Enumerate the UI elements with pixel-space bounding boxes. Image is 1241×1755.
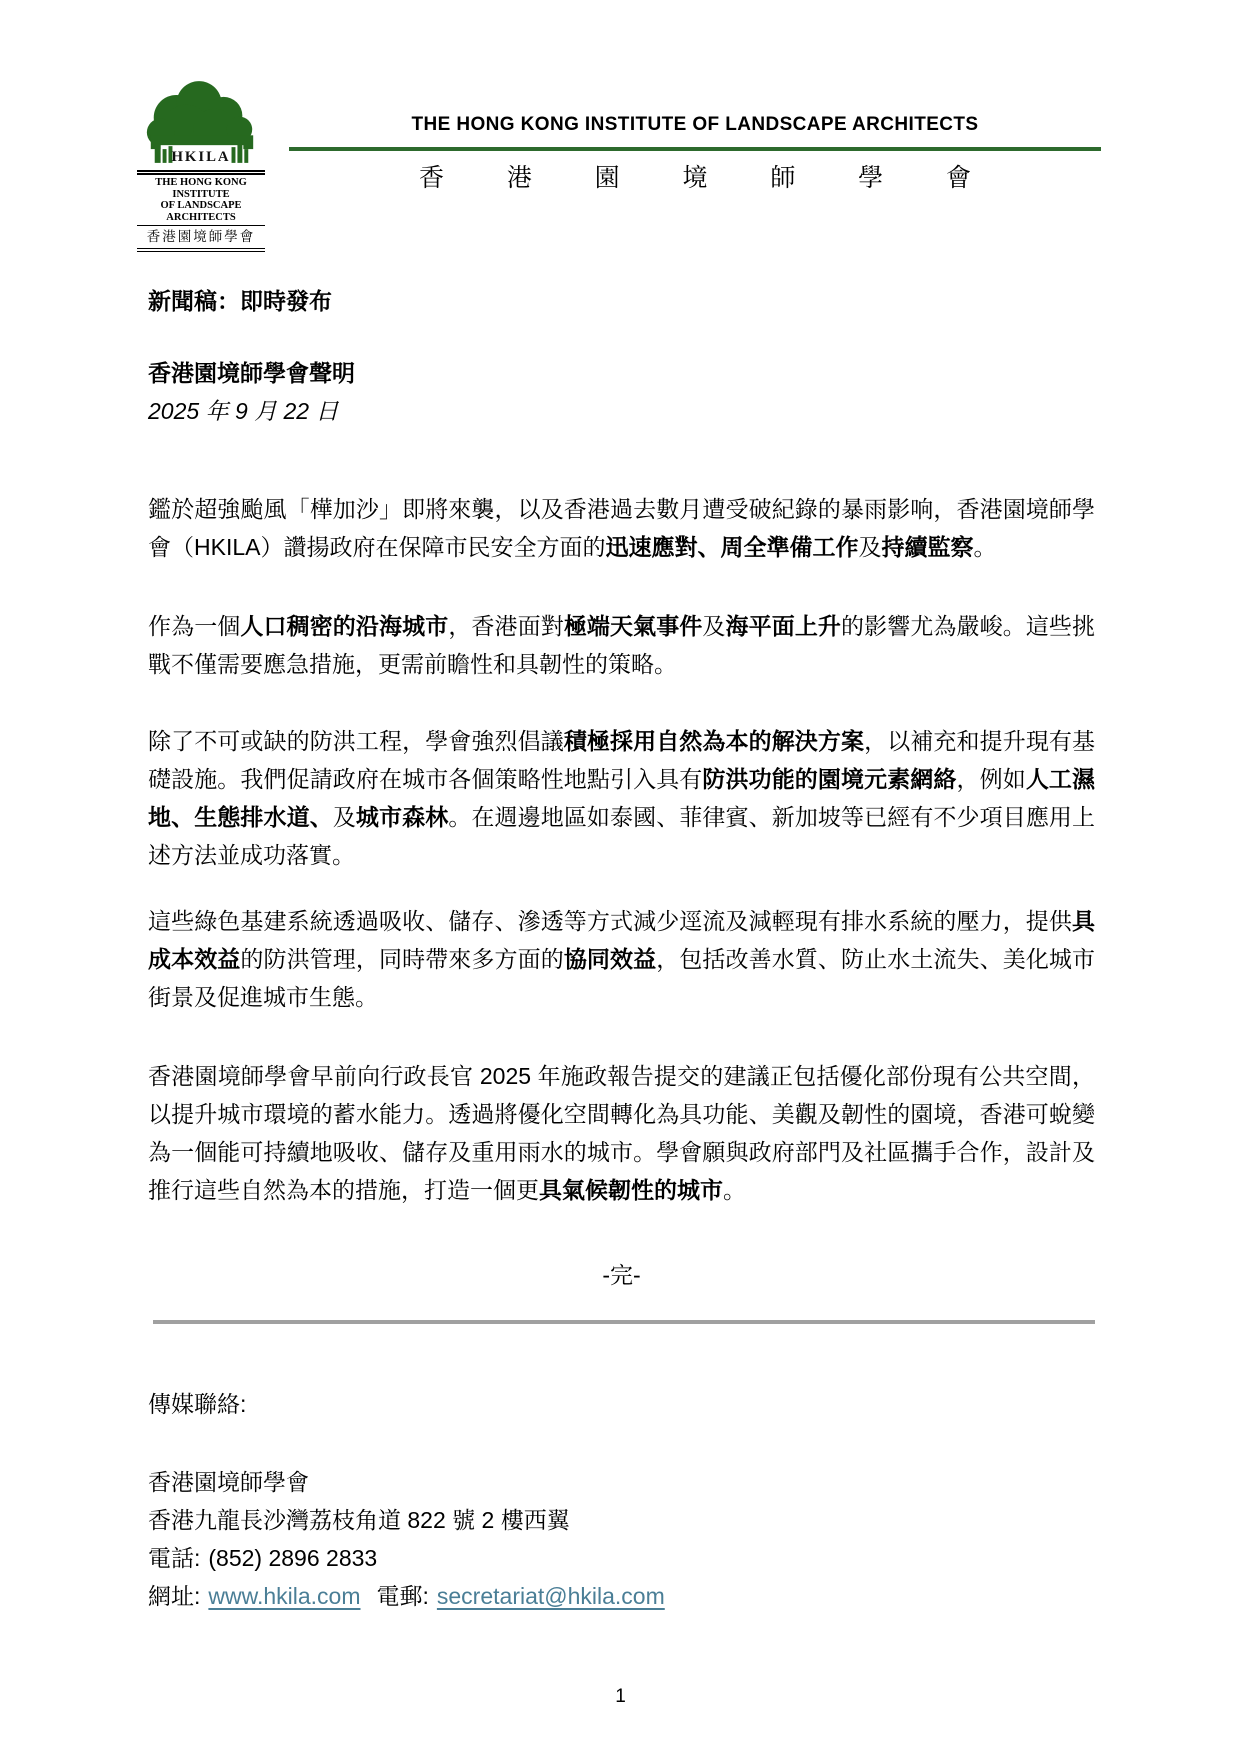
logo-acronym: HKILA <box>171 149 230 165</box>
contact-org-name: 香港園境師學會 <box>148 1463 665 1501</box>
footer-divider <box>153 1320 1095 1324</box>
body-paragraph-4: 這些綠色基建系統透過吸收、儲存、滲透等方式減少逕流及減輕現有排水系統的壓力，提供… <box>148 902 1095 1016</box>
org-name-english: THE HONG KONG INSTITUTE OF LANDSCAPE ARC… <box>289 114 1101 136</box>
org-name-chinese: 香港園境師學會 <box>419 158 971 194</box>
logo-name-en-line1: THE HONG KONG INSTITUTE <box>137 177 265 200</box>
hkila-logo: HKILA THE HONG KONG INSTITUTE OF LANDSCA… <box>137 78 265 252</box>
letterhead-titles: THE HONG KONG INSTITUTE OF LANDSCAPE ARC… <box>289 78 1101 194</box>
contact-address: 香港九龍長沙灣荔枝角道 822 號 2 樓西翼 <box>148 1501 665 1539</box>
tree-icon: HKILA <box>137 78 265 169</box>
logo-rule-bottom <box>137 248 265 252</box>
logo-rule-mid <box>137 225 265 226</box>
header-green-rule <box>289 147 1101 151</box>
phone-label: 電話: <box>148 1545 200 1571</box>
body-paragraph-3: 除了不可或缺的防洪工程，學會強烈倡議積極採用自然為本的解決方案，以補充和提升現有… <box>148 722 1095 874</box>
contact-phone-line: 電話:(852) 2896 2833 <box>148 1539 665 1577</box>
release-label: 新聞稿：即時發布 <box>148 282 1095 320</box>
body-paragraph-1: 鑑於超強颱風「樺加沙」即將來襲，以及香港過去數月遭受破紀錄的暴雨影响，香港園境師… <box>148 490 1095 566</box>
statement-title: 香港園境師學會聲明 <box>148 354 1095 392</box>
press-release-page: HKILA THE HONG KONG INSTITUTE OF LANDSCA… <box>0 0 1241 1755</box>
body-paragraph-5: 香港園境師學會早前向行政長官 2025 年施政報告提交的建議正包括優化部份現有公… <box>148 1057 1095 1209</box>
contact-links-line: 網址:www.hkila.com電郵:secretariat@hkila.com <box>148 1577 665 1615</box>
letterhead: HKILA THE HONG KONG INSTITUTE OF LANDSCA… <box>0 0 1241 252</box>
media-contact-label: 傳媒聯絡: <box>148 1385 665 1423</box>
logo-name-zh: 香港園境師學會 <box>137 228 265 246</box>
document-date: 2025 年 9 月 22 日 <box>148 392 1095 430</box>
website-link[interactable]: www.hkila.com <box>208 1583 360 1609</box>
logo-rule-top <box>137 170 265 175</box>
email-label: 電郵: <box>377 1583 429 1609</box>
logo-name-en-line2: OF LANDSCAPE ARCHITECTS <box>137 200 265 223</box>
email-link[interactable]: secretariat@hkila.com <box>437 1583 665 1609</box>
end-mark: -完- <box>148 1256 1095 1294</box>
phone-number: (852) 2896 2833 <box>208 1545 377 1571</box>
document-body: 新聞稿：即時發布 香港園境師學會聲明 2025 年 9 月 22 日 鑑於超強颱… <box>0 282 1241 1294</box>
body-paragraph-2: 作為一個人口稠密的沿海城市，香港面對極端天氣事件及海平面上升的影響尤為嚴峻。這些… <box>148 607 1095 683</box>
page-number: 1 <box>0 1686 1241 1708</box>
contact-block: 傳媒聯絡: 香港園境師學會 香港九龍長沙灣荔枝角道 822 號 2 樓西翼 電話… <box>148 1385 665 1615</box>
website-label: 網址: <box>148 1583 200 1609</box>
